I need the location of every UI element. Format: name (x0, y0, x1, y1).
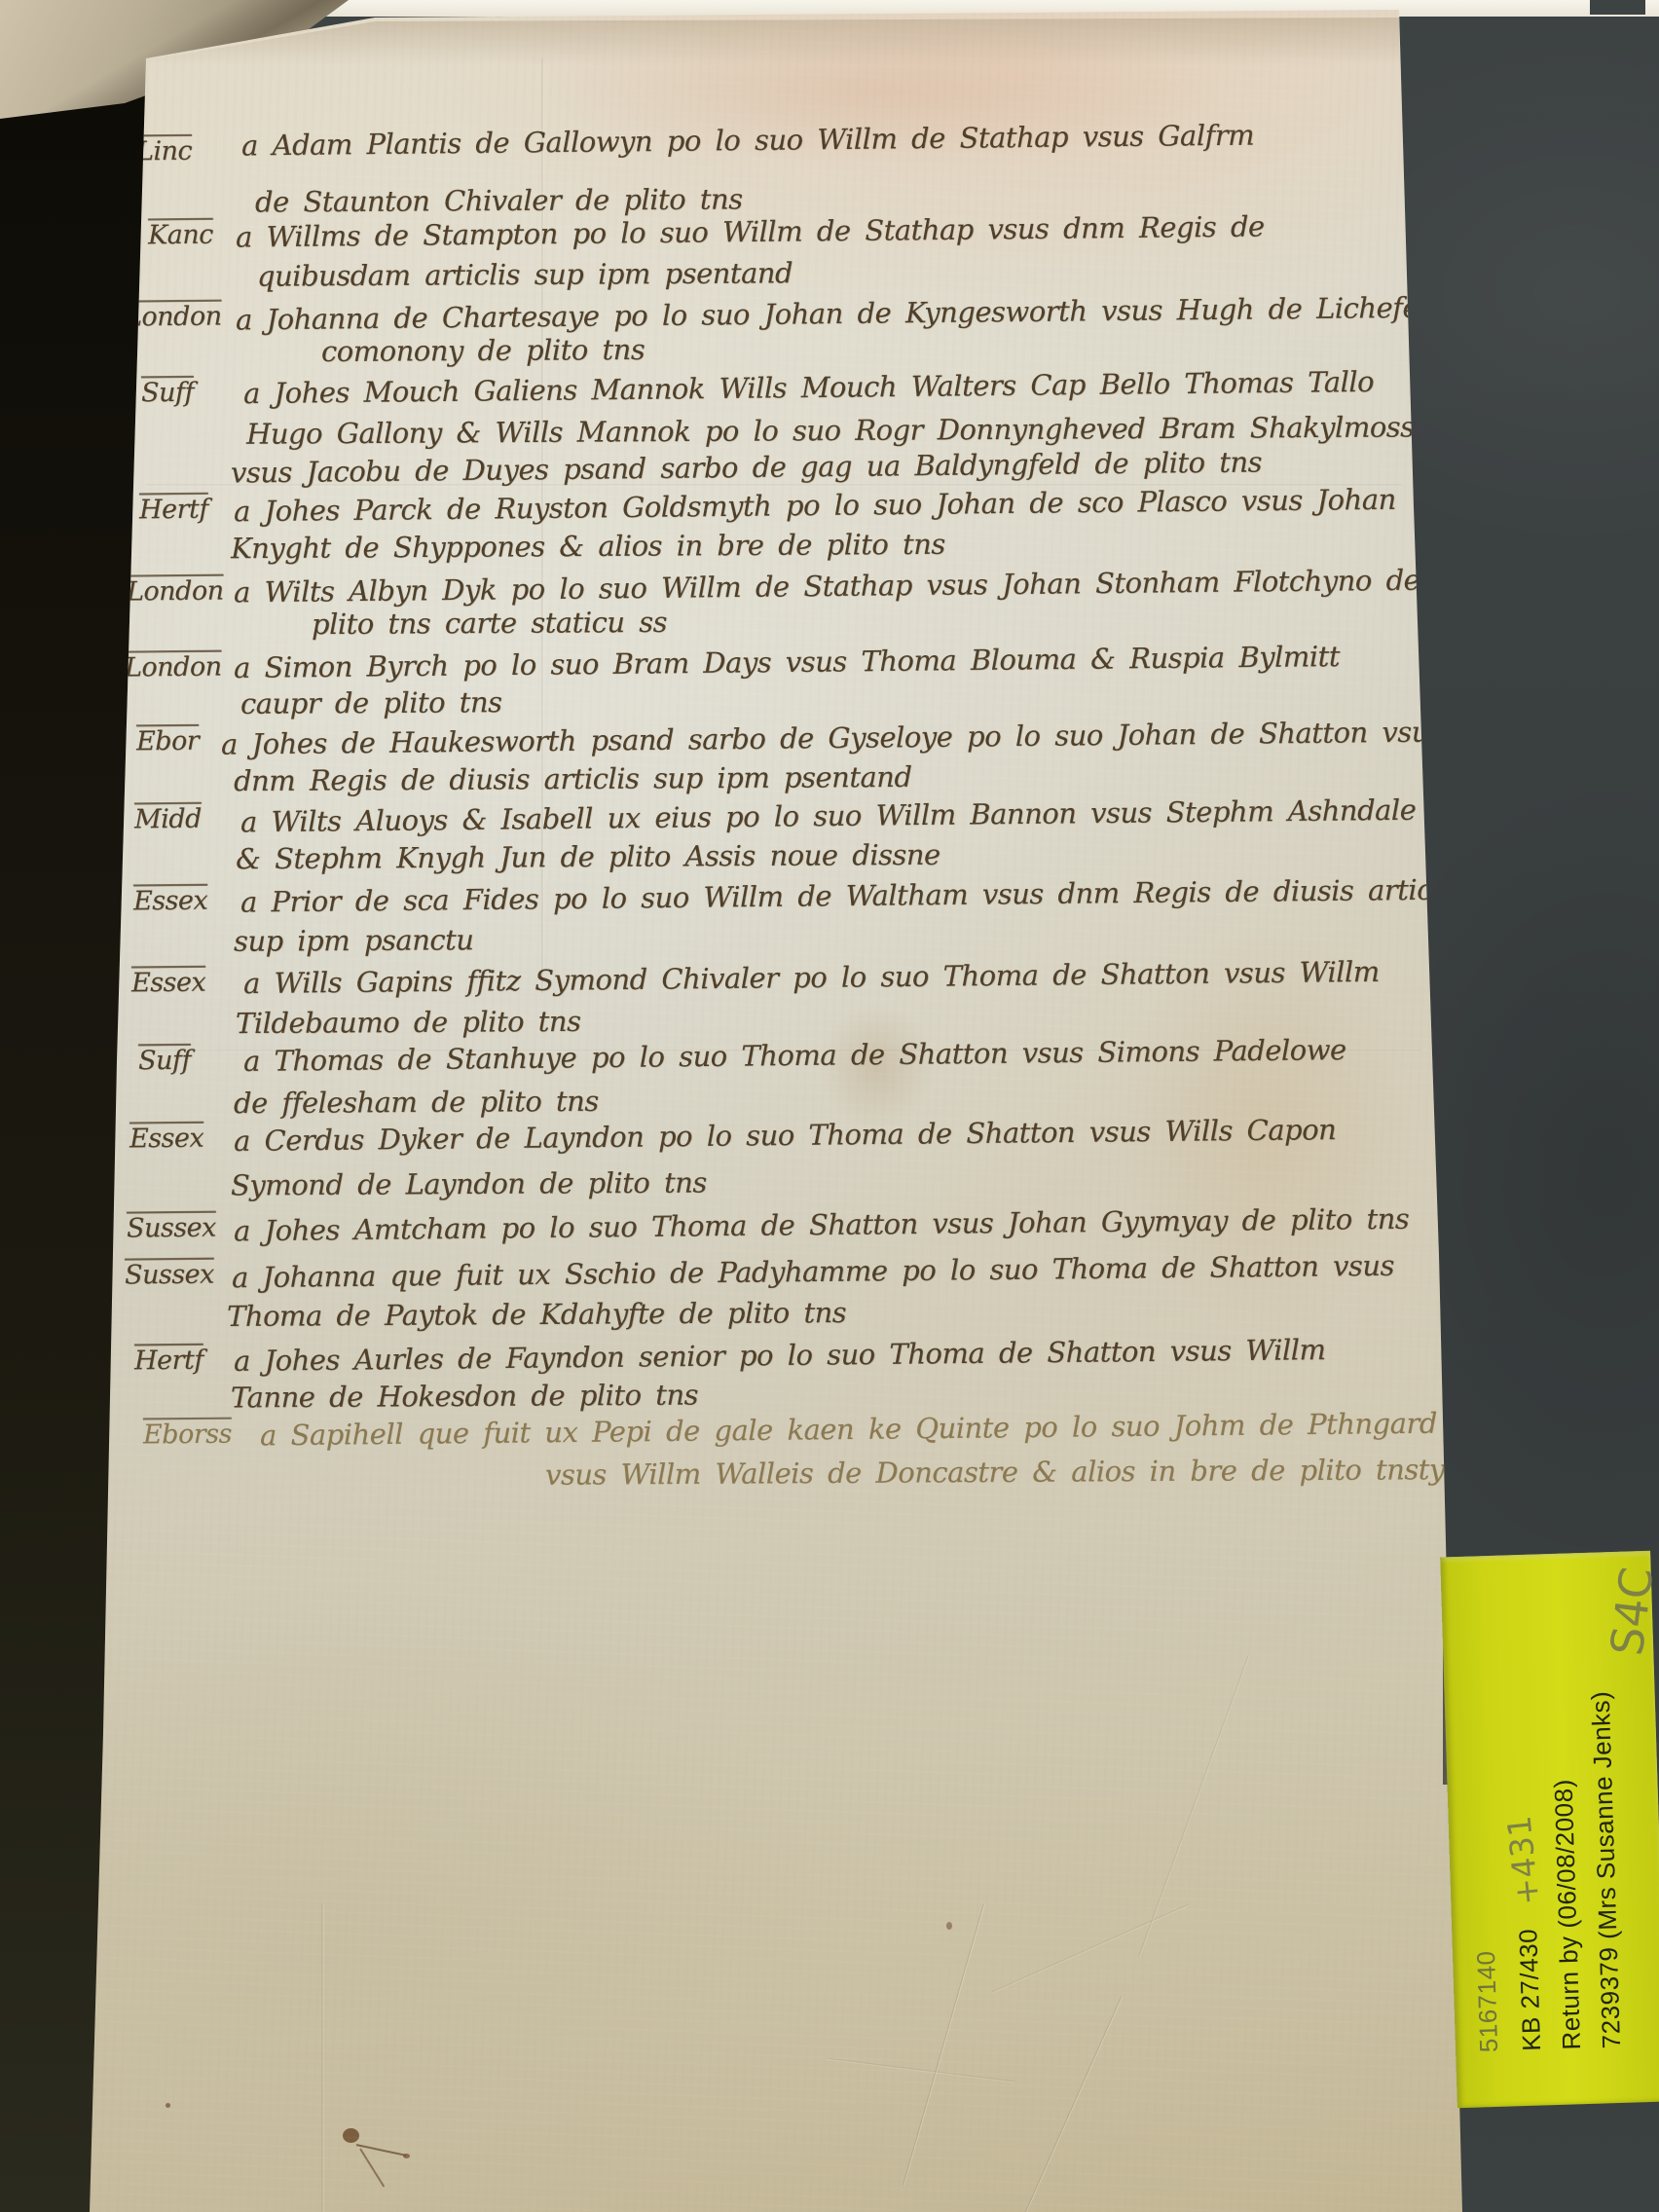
pencil-initials: S4C (1601, 1564, 1659, 1658)
ink-blot (343, 2128, 359, 2143)
crease-line (992, 1903, 1189, 1993)
manuscript-line: Tildebaumo de plito tns (236, 1006, 581, 1041)
manuscript-line: de Staunton Chivaler de plito tns (255, 183, 743, 218)
manuscript-line: Tanne de Hokesdon de plito tns (231, 1380, 698, 1415)
crease-line (903, 1903, 986, 2185)
county-margin-label: Essex (133, 886, 207, 917)
page-top-fold-shadow (136, 18, 1402, 86)
ink-speck (946, 1922, 952, 1930)
county-margin-label: Kanc (148, 220, 213, 251)
county-margin-label: London (125, 652, 222, 683)
manuscript-line: a Johes de Haukesworth psand sarbo de Gy… (221, 716, 1443, 760)
manuscript-line: vsus Jacobu de Duyes psand sarbo de gag … (231, 446, 1262, 489)
manuscript-line: dnm Regis de diusis articlis sup ipm pse… (234, 761, 912, 798)
manuscript-line: a Johes Aurles de Fayndon senior po lo s… (234, 1334, 1326, 1378)
county-margin-label: London (127, 576, 224, 608)
county-margin-label: Midd (134, 804, 202, 835)
manuscript-line: a Johes Parck de Ruyston Goldsmyth po lo… (234, 484, 1396, 529)
county-margin-label: Essex (129, 1124, 203, 1155)
manuscript-line: plito tns carte staticu ss (312, 607, 667, 642)
crease-line (1021, 1996, 1123, 2212)
manuscript-line: sup ipm psanctu (234, 924, 474, 958)
manuscript-line: a Willms de Stampton po lo suo Willm de … (236, 210, 1265, 253)
crease-line (827, 2057, 1015, 2083)
stain (545, 19, 1227, 166)
pencil-added-reference: +431 (1498, 1814, 1547, 1907)
manuscript-line: a Sapihell que fuit ux Pepi de gale kaen… (260, 1408, 1437, 1453)
county-margin-label: Eborss (143, 1419, 232, 1451)
manuscript-line: a Prior de sca Fides po lo suo Willm de … (240, 873, 1463, 918)
manuscript-line: comonony de plito tns (321, 334, 645, 368)
stain (1120, 925, 1412, 1334)
county-margin-label: Sussex (127, 1213, 216, 1244)
crease-line (541, 58, 544, 993)
manuscript-line: Symond de Layndon de plito tns (231, 1167, 707, 1202)
manuscript-line: a Johanna de Chartesaye po lo suo Johan … (236, 291, 1445, 336)
county-margin-label: Hertf (139, 495, 208, 526)
county-margin-label: Ebor (136, 726, 199, 757)
ink-speck (403, 2154, 410, 2158)
manuscript-line: a Wilts Aluoys & Isabell ux eius po lo s… (240, 794, 1417, 839)
manuscript-line: a Wills Gapins ffitz Symond Chivaler po … (243, 956, 1380, 1001)
county-margin-label: Suff (138, 1046, 191, 1077)
manuscript-line: vsus Willm Walleis de Doncastre & alios … (545, 1454, 1445, 1492)
manuscript-line: quibusdam articlis sup ipm psentand (257, 257, 793, 293)
membrane-edge-gap (1590, 0, 1645, 15)
note-reference-text: KB 27/430 (1513, 1928, 1546, 2051)
county-margin-label: Essex (131, 968, 205, 999)
manuscript-line: a Wilts Albyn Dyk po lo suo Willm de Sta… (234, 565, 1420, 609)
manuscript-line: Hugo Gallony & Wills Mannok po lo suo Ro… (246, 411, 1443, 451)
crease-line (146, 484, 1402, 487)
manuscript-line: & Stephm Knygh Jun de plito Assis noue d… (236, 839, 940, 876)
crease-line (146, 1050, 1421, 1052)
manuscript-line: a Johanna que fuit ux Sschio de Padyhamm… (232, 1250, 1394, 1295)
county-margin-label: Suff (141, 378, 194, 409)
manuscript-photo: Linca Adam Plantis de Gallowyn po lo suo… (0, 0, 1659, 2212)
manuscript-line: caupr de plito tns (240, 686, 502, 720)
manuscript-line: a Thomas de Stanhuye po lo suo Thoma de … (243, 1034, 1346, 1078)
county-margin-label: Linc (136, 136, 192, 167)
stain (818, 1003, 935, 1129)
manuscript-line: Thoma de Paytok de Kdahyfte de plito tns (227, 1297, 846, 1333)
manuscript-line: a Adam Plantis de Gallowyn po lo suo Wil… (241, 120, 1254, 163)
sticky-note: 5167140 KB 27/430+431 Return by (06/08/2… (1440, 1551, 1659, 2109)
parchment-page: Linca Adam Plantis de Gallowyn po lo suo… (0, 0, 1659, 2212)
ink-streak (356, 2144, 406, 2157)
ink-streak (359, 2148, 385, 2187)
manuscript-line: a Simon Byrch po lo suo Bram Days vsus T… (234, 641, 1340, 684)
manuscript-line: a Johes Mouch Galiens Mannok Wills Mouch… (243, 366, 1374, 411)
manuscript-line: a Cerdus Dyker de Layndon po lo suo Thom… (234, 1114, 1337, 1158)
sticky-note-text-block: 5167140 KB 27/430+431 Return by (06/08/2… (1440, 1551, 1659, 2105)
manuscript-line: de ffelesham de plito tns (234, 1086, 599, 1121)
crease-line (321, 1903, 324, 2212)
manuscript-line: a Johes Amtcham po lo suo Thoma de Shatt… (234, 1203, 1410, 1248)
county-margin-label: London (125, 302, 222, 333)
manuscript-line: Knyght de Shyppones & alios in bre de pl… (231, 529, 945, 566)
county-margin-label: Hertf (134, 1346, 203, 1377)
county-margin-label: Sussex (125, 1260, 214, 1291)
ink-speck (166, 2103, 170, 2108)
crease-line (1138, 1654, 1251, 1957)
